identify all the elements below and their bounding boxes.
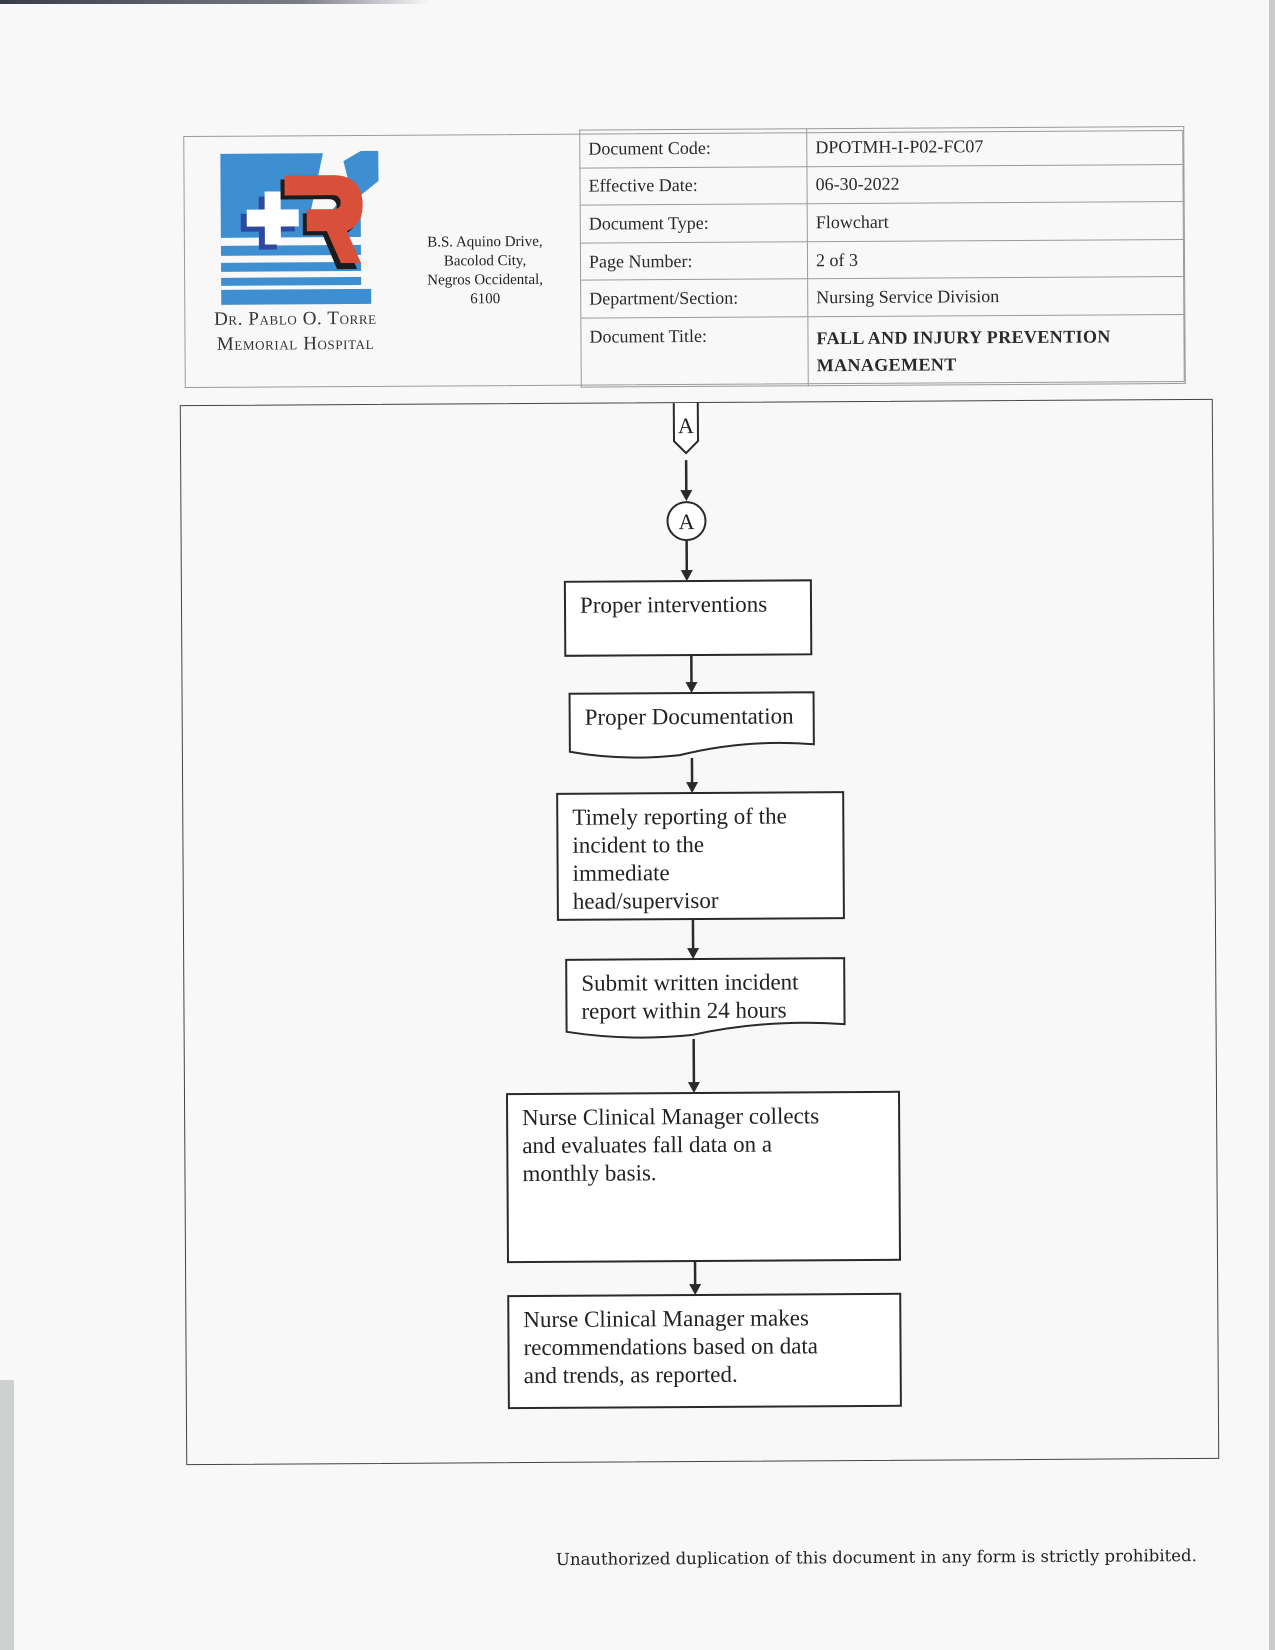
flowchart-step-line: Proper Documentation <box>585 702 809 731</box>
meta-label: Department/Section: <box>581 279 808 318</box>
arrow-head-icon <box>687 948 699 959</box>
scan-edge <box>1269 0 1275 1650</box>
meta-value: Nursing Service Division <box>808 277 1185 317</box>
meta-row: Document Code: DPOTMH-I-P02-FC07 <box>580 126 1184 167</box>
flowchart-step-text: Proper Documentation <box>585 702 809 731</box>
hospital-address: B.S. Aquino Drive, Bacolod City, Negros … <box>410 233 560 310</box>
meta-row: Page Number: 2 of 3 <box>580 239 1184 280</box>
arrow-head-icon <box>681 570 693 581</box>
address-line: Negros Occidental, <box>410 271 560 291</box>
arrow-head-icon <box>689 1284 701 1295</box>
arrow-head-icon <box>688 1082 700 1093</box>
meta-label: Effective Date: <box>580 166 807 205</box>
hospital-name-line: Memorial Hospital <box>195 331 395 357</box>
flowchart-step-line: recommendations based on data <box>523 1332 895 1362</box>
flowchart-step-line: and evaluates fall data on a <box>522 1130 894 1160</box>
flowchart-step-line: Nurse Clinical Manager makes <box>523 1304 895 1334</box>
meta-value: DPOTMH-I-P02-FC07 <box>807 126 1184 166</box>
meta-label: Page Number: <box>580 241 807 280</box>
flowchart-step-line: Timely reporting of the <box>572 802 838 832</box>
document-title: FALL AND INJURY PREVENTION MANAGEMENT <box>808 314 1185 385</box>
flowchart-step-text: Proper interventions <box>580 590 806 619</box>
flowchart-step-line: Proper interventions <box>580 590 806 619</box>
document-header: Dr. Pablo O. Torre Memorial Hospital B.S… <box>183 130 1185 388</box>
flowchart-frame: AA Proper interventionsProper Documentat… <box>180 399 1219 1465</box>
meta-row: Effective Date: 06-30-2022 <box>580 164 1184 205</box>
scan-edge <box>0 1380 14 1650</box>
flowchart-step-text: Submit written incidentreport within 24 … <box>581 968 839 1026</box>
address-line: B.S. Aquino Drive, <box>410 233 560 253</box>
document-meta-table: Document Code: DPOTMH-I-P02-FC07 Effecti… <box>579 126 1186 388</box>
meta-label: Document Code: <box>580 129 807 168</box>
meta-value: 06-30-2022 <box>807 164 1184 204</box>
arrow-head-icon <box>686 782 698 793</box>
meta-value: 2 of 3 <box>807 239 1184 279</box>
arrow-head-icon <box>685 682 697 693</box>
hospital-name-line: Dr. Pablo O. Torre <box>195 306 395 332</box>
footer-notice: Unauthorized duplication of this documen… <box>556 1546 1197 1569</box>
onpage-connector-label: A <box>678 509 694 534</box>
offpage-connector-label: A <box>678 413 694 438</box>
scan-edge <box>0 0 430 4</box>
address-line: 6100 <box>410 290 560 310</box>
flowchart-step-line: head/supervisor <box>573 886 839 916</box>
flowchart-step-line: immediate <box>573 858 839 888</box>
document-title-line: FALL AND INJURY PREVENTION <box>816 323 1176 352</box>
flowchart-step-line: and trends, as reported. <box>524 1360 896 1390</box>
address-line: Bacolod City, <box>410 252 560 272</box>
hospital-logo-icon <box>218 151 379 307</box>
flowchart-step-line: Nurse Clinical Manager collects <box>522 1102 894 1132</box>
flowchart-step-line: Submit written incident <box>581 968 839 998</box>
flowchart-step-line: incident to the <box>572 830 838 860</box>
flowchart-step-text: Timely reporting of theincident to theim… <box>572 802 839 916</box>
meta-value: Flowchart <box>807 202 1184 242</box>
meta-row: Document Title: FALL AND INJURY PREVENTI… <box>581 314 1185 387</box>
document-title-line: MANAGEMENT <box>817 350 1177 379</box>
flowchart-step-text: Nurse Clinical Manager makesrecommendati… <box>523 1304 896 1390</box>
flowchart-step-line: report within 24 hours <box>581 996 839 1026</box>
flowchart-step-line: monthly basis. <box>522 1158 894 1188</box>
hospital-branding: Dr. Pablo O. Torre Memorial Hospital B.S… <box>184 135 581 387</box>
hospital-name: Dr. Pablo O. Torre Memorial Hospital <box>195 306 395 357</box>
meta-label: Document Type: <box>580 204 807 243</box>
arrow-head-icon <box>680 490 692 501</box>
meta-row: Department/Section: Nursing Service Divi… <box>581 277 1185 318</box>
flowchart-step-text: Nurse Clinical Manager collectsand evalu… <box>522 1102 895 1188</box>
meta-label: Document Title: <box>581 317 808 387</box>
meta-row: Document Type: Flowchart <box>580 202 1184 243</box>
